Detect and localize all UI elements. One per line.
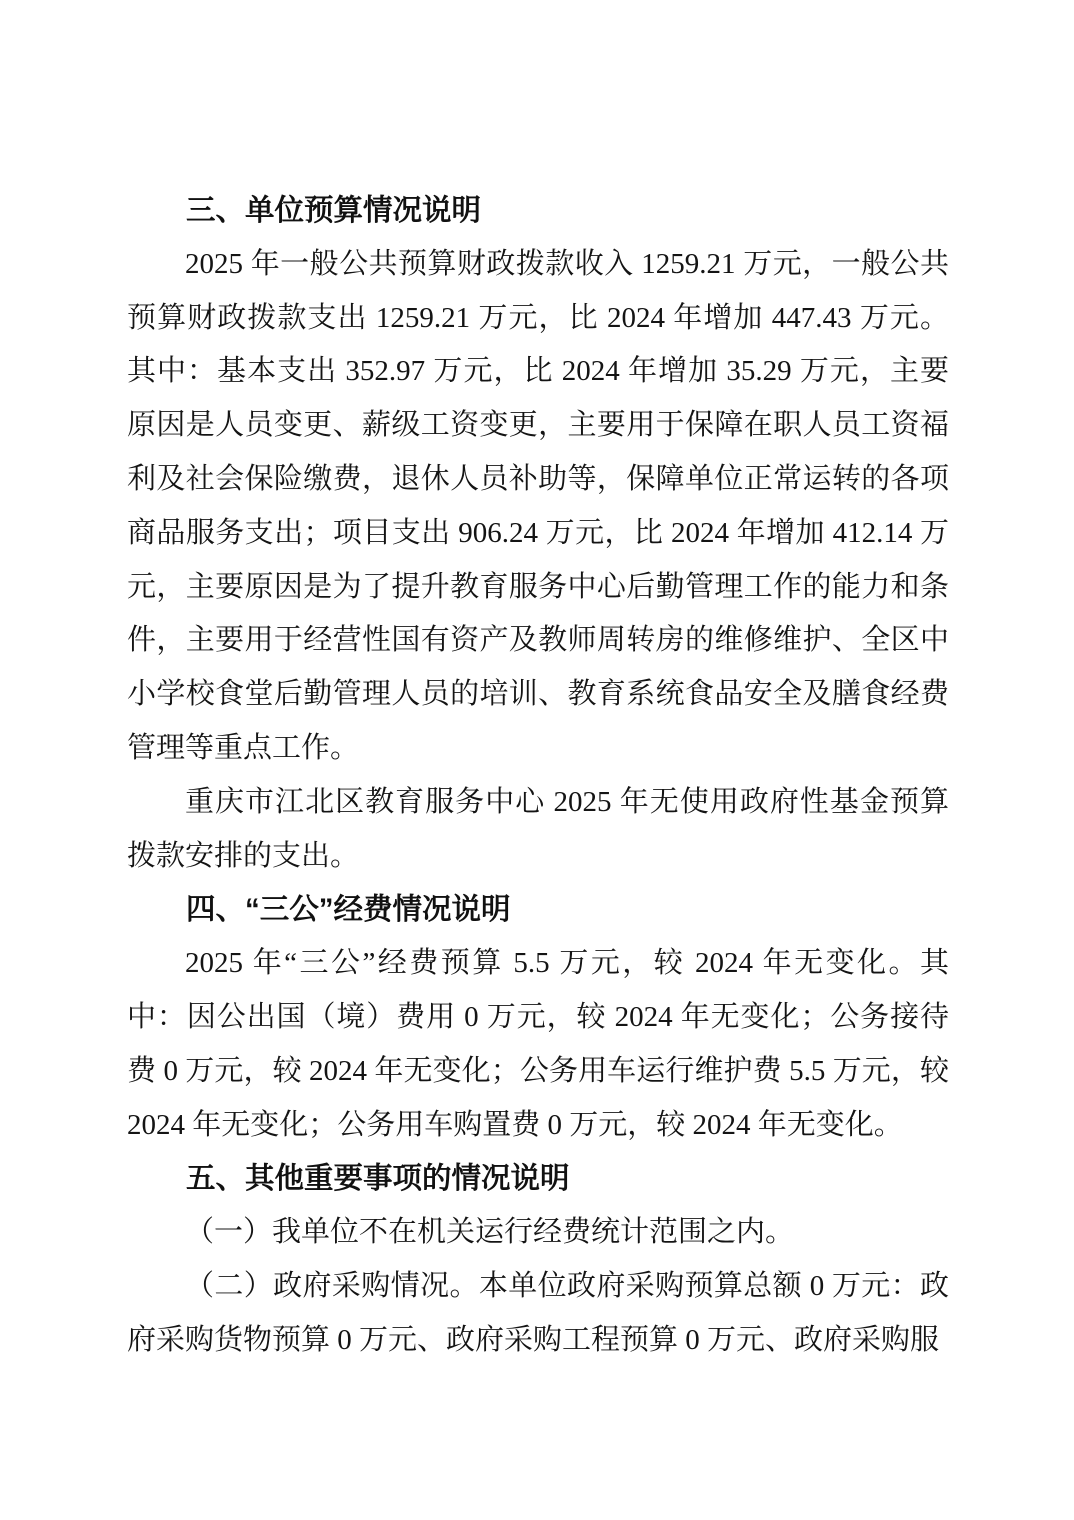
document-content: 三、单位预算情况说明 2025 年一般公共预算财政拨款收入 1259.21 万元… [127, 184, 949, 1368]
paragraph-three-public-detail: 2025 年“三公”经费预算 5.5 万元，较 2024 年无变化。其中：因公出… [127, 937, 949, 1152]
paragraph-operating-expense-scope: （一）我单位不在机关运行经费统计范围之内。 [127, 1206, 949, 1260]
section-heading-three-public-expenses: 四、“三公”经费情况说明 [127, 883, 949, 937]
document-page: 三、单位预算情况说明 2025 年一般公共预算财政拨款收入 1259.21 万元… [0, 0, 1074, 1520]
section-heading-other-important-matters: 五、其他重要事项的情况说明 [127, 1152, 949, 1206]
paragraph-government-procurement: （二）政府采购情况。本单位政府采购预算总额 0 万元：政府采购货物预算 0 万元… [127, 1260, 949, 1368]
section-heading-budget-explanation: 三、单位预算情况说明 [127, 184, 949, 238]
paragraph-government-fund: 重庆市江北区教育服务中心 2025 年无使用政府性基金预算拨款安排的支出。 [127, 776, 949, 884]
paragraph-budget-detail: 2025 年一般公共预算财政拨款收入 1259.21 万元，一般公共预算财政拨款… [127, 238, 949, 776]
